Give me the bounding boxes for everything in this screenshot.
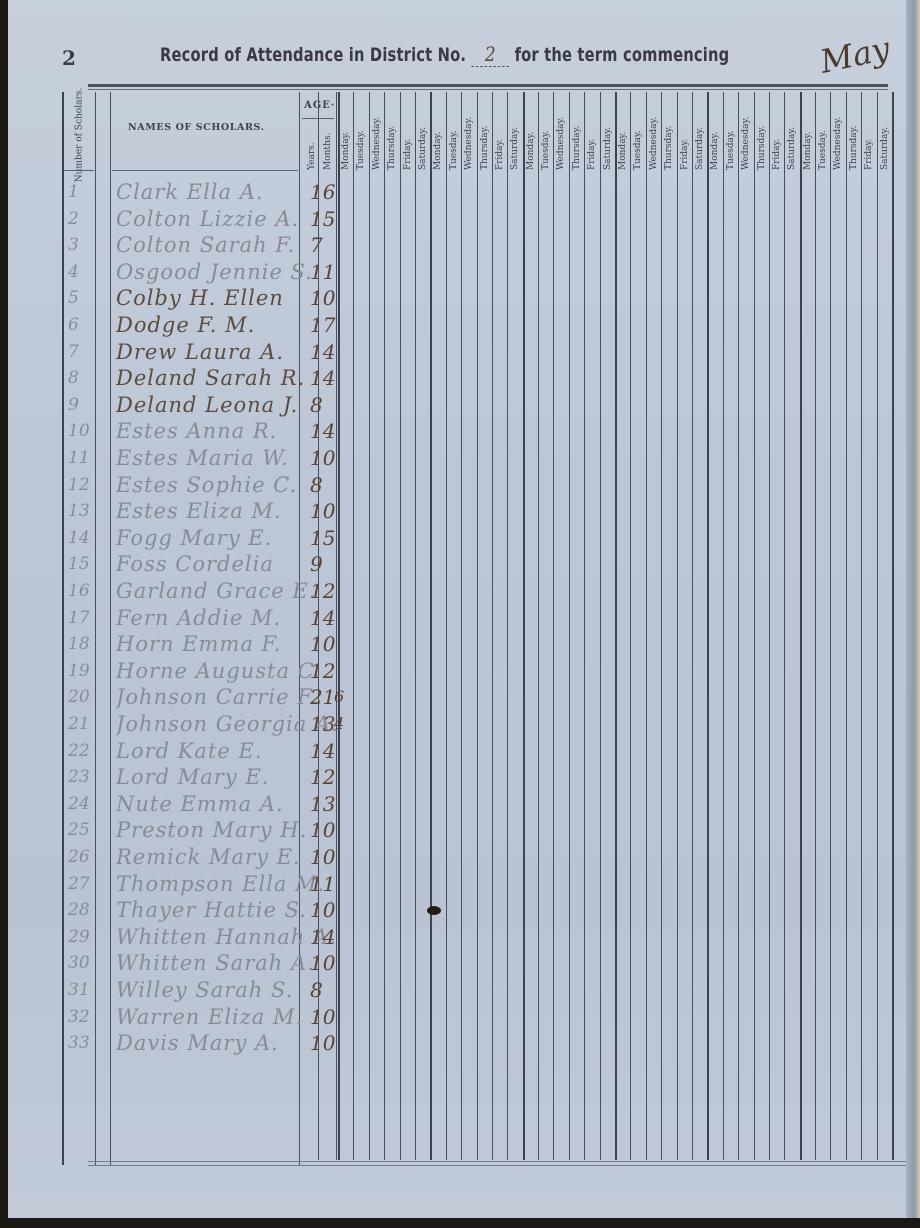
age-years: 10 bbox=[310, 951, 335, 975]
age-months: 4 bbox=[334, 714, 344, 733]
book-binding-edge bbox=[0, 0, 8, 1228]
day-column-divider bbox=[600, 92, 601, 1160]
scholar-number: 14 bbox=[68, 528, 98, 548]
header-day-28-label: Friday. bbox=[772, 139, 782, 170]
table-row: 16Garland Grace E.12 bbox=[62, 579, 342, 605]
scholar-number: 4 bbox=[68, 262, 98, 282]
scholar-number: 26 bbox=[68, 847, 98, 867]
day-column-divider bbox=[815, 92, 816, 1160]
header-day-10-label: Friday. bbox=[495, 139, 505, 170]
day-column-divider bbox=[892, 92, 894, 1160]
table-row: 10Estes Anna R.14 bbox=[62, 419, 342, 445]
age-years: 16 bbox=[310, 180, 335, 204]
header-day-22-label: Friday. bbox=[680, 139, 690, 170]
scholar-number: 32 bbox=[68, 1007, 98, 1027]
ink-blot bbox=[427, 906, 441, 915]
header-day-35-label: Saturday. bbox=[880, 127, 890, 170]
table-row: 13Estes Eliza M.10 bbox=[62, 499, 342, 525]
page-number: 2 bbox=[62, 46, 76, 70]
header-day-15-label: Thursday. bbox=[572, 126, 582, 170]
header-day-7-label: Tuesday. bbox=[449, 130, 459, 170]
day-column-divider bbox=[461, 92, 462, 1160]
scholar-name: Willey Sarah S. bbox=[116, 978, 364, 1002]
scholar-number: 22 bbox=[68, 741, 98, 761]
scholar-number: 5 bbox=[68, 288, 98, 308]
header-day-18-label: Monday. bbox=[618, 132, 628, 170]
table-row: 24Nute Emma A.13 bbox=[62, 792, 342, 818]
age-years: 15 bbox=[310, 207, 335, 231]
age-years: 8 bbox=[310, 473, 323, 497]
scholar-number: 30 bbox=[68, 953, 98, 973]
page-fold-edge bbox=[906, 0, 920, 1228]
table-row: 8Deland Sarah R.14 bbox=[62, 366, 342, 392]
age-years: 10 bbox=[310, 286, 335, 310]
age-years: 12 bbox=[310, 659, 335, 683]
day-column-divider bbox=[523, 92, 525, 1160]
table-row: 19Horne Augusta C.12 bbox=[62, 659, 342, 685]
table-row: 12Estes Sophie C.8 bbox=[62, 473, 342, 499]
day-column-divider bbox=[507, 92, 508, 1160]
table-row: 32Warren Eliza M.10 bbox=[62, 1005, 342, 1031]
scholar-number: 7 bbox=[68, 342, 98, 362]
age-years: 14 bbox=[310, 340, 335, 364]
table-row: 5Colby H. Ellen10 bbox=[62, 286, 342, 312]
header-months-label: Months. bbox=[323, 133, 333, 170]
table-row: 31Willey Sarah S.8 bbox=[62, 978, 342, 1004]
age-years: 13 bbox=[310, 712, 335, 736]
header-day-6-label: Monday. bbox=[433, 132, 443, 170]
table-row: 11Estes Maria W.10 bbox=[62, 446, 342, 472]
header-day-16-label: Friday. bbox=[587, 139, 597, 170]
header-day-34-label: Friday. bbox=[864, 139, 874, 170]
header-rule bbox=[88, 84, 888, 87]
age-years: 17 bbox=[310, 313, 335, 337]
age-years: 14 bbox=[310, 419, 335, 443]
title-suffix: for the term commencing bbox=[515, 44, 730, 66]
header-day-23-label: Saturday. bbox=[695, 127, 705, 170]
header-day-3-label: Thursday. bbox=[387, 126, 397, 170]
day-column-divider bbox=[615, 92, 617, 1160]
table-row: 30Whitten Sarah A.10 bbox=[62, 951, 342, 977]
age-years: 10 bbox=[310, 632, 335, 656]
scholar-number: 17 bbox=[68, 608, 98, 628]
age-years: 11 bbox=[310, 872, 335, 896]
header-day-24-label: Monday. bbox=[710, 132, 720, 170]
scholar-number: 20 bbox=[68, 687, 98, 707]
day-column-divider bbox=[538, 92, 539, 1160]
header-day-2-label: Wednesday. bbox=[372, 117, 382, 170]
age-years: 14 bbox=[310, 606, 335, 630]
scholar-number: 3 bbox=[68, 235, 98, 255]
day-column-divider bbox=[369, 92, 370, 1160]
scholar-number: 13 bbox=[68, 501, 98, 521]
day-column-divider bbox=[477, 92, 478, 1160]
age-years: 10 bbox=[310, 845, 335, 869]
term-month: May bbox=[817, 29, 893, 81]
table-row: 25Preston Mary H.10 bbox=[62, 818, 342, 844]
day-column-divider bbox=[677, 92, 678, 1160]
scholar-number: 21 bbox=[68, 714, 98, 734]
table-row: 9Deland Leona J.8 bbox=[62, 393, 342, 419]
header-day-17-label: Saturday. bbox=[603, 127, 613, 170]
day-column-divider bbox=[553, 92, 554, 1160]
table-row: 26Remick Mary E.10 bbox=[62, 845, 342, 871]
header-day-25-label: Tuesday. bbox=[726, 130, 736, 170]
age-years: 9 bbox=[310, 552, 323, 576]
table-row: 18Horn Emma F.10 bbox=[62, 632, 342, 658]
scholar-name: Estes Sophie C. bbox=[116, 473, 364, 497]
scholar-number: 12 bbox=[68, 475, 98, 495]
day-column-divider bbox=[584, 92, 585, 1160]
age-years: 12 bbox=[310, 579, 335, 603]
scholar-name: Deland Leona J. bbox=[116, 393, 364, 417]
header-day-30-label: Monday. bbox=[803, 132, 813, 170]
day-column-divider bbox=[830, 92, 831, 1160]
book-bottom-edge bbox=[0, 1218, 920, 1228]
header-day-0-label: Monday. bbox=[341, 132, 351, 170]
title-prefix: Record of Attendance in District No. bbox=[160, 44, 466, 66]
header-day-4-label: Friday. bbox=[403, 139, 413, 170]
age-subrule bbox=[302, 118, 334, 119]
table-row: 22Lord Kate E.14 bbox=[62, 739, 342, 765]
day-column-divider bbox=[738, 92, 739, 1160]
day-column-divider bbox=[861, 92, 862, 1160]
age-years: 11 bbox=[310, 260, 335, 284]
scholar-name: Foss Cordelia bbox=[116, 552, 364, 576]
table-row: 20Johnson Carrie F.216 bbox=[62, 685, 342, 711]
day-column-divider bbox=[630, 92, 631, 1160]
scholar-number: 10 bbox=[68, 421, 98, 441]
day-column-divider bbox=[569, 92, 570, 1160]
scholar-number: 28 bbox=[68, 900, 98, 920]
table-row: 3Colton Sarah F.7 bbox=[62, 233, 342, 259]
age-years: 14 bbox=[310, 739, 335, 763]
footer-rule-thin bbox=[88, 1165, 908, 1166]
scholar-number: 33 bbox=[68, 1033, 98, 1053]
scholar-number: 23 bbox=[68, 767, 98, 787]
age-years: 14 bbox=[310, 925, 335, 949]
age-years: 8 bbox=[310, 978, 323, 1002]
age-years: 10 bbox=[310, 818, 335, 842]
day-column-divider bbox=[723, 92, 724, 1160]
table-row: 14Fogg Mary E.15 bbox=[62, 526, 342, 552]
scholar-name: Colton Sarah F. bbox=[116, 233, 364, 257]
header-day-9-label: Thursday. bbox=[480, 126, 490, 170]
day-column-divider bbox=[415, 92, 416, 1160]
header-day-31-label: Tuesday. bbox=[818, 130, 828, 170]
header-day-33-label: Thursday. bbox=[849, 126, 859, 170]
age-years: 10 bbox=[310, 446, 335, 470]
age-years: 7 bbox=[310, 233, 323, 257]
day-column-divider bbox=[661, 92, 662, 1160]
table-row: 2Colton Lizzie A.15 bbox=[62, 207, 342, 233]
header-day-11-label: Saturday. bbox=[510, 127, 520, 170]
day-column-divider bbox=[707, 92, 709, 1160]
day-column-divider bbox=[646, 92, 647, 1160]
age-years: 10 bbox=[310, 1031, 335, 1055]
header-day-12-label: Monday. bbox=[526, 132, 536, 170]
header-day-1-label: Tuesday. bbox=[356, 130, 366, 170]
header-day-27-label: Thursday. bbox=[757, 126, 767, 170]
header-day-20-label: Wednesday. bbox=[649, 117, 659, 170]
header-day-26-label: Wednesday. bbox=[741, 117, 751, 170]
table-row: 1Clark Ella A.16 bbox=[62, 180, 342, 206]
age-years: 12 bbox=[310, 765, 335, 789]
header-bottom-rule-num bbox=[64, 170, 94, 171]
day-column-divider bbox=[754, 92, 755, 1160]
header-day-13-label: Tuesday. bbox=[541, 130, 551, 170]
table-row: 15Foss Cordelia9 bbox=[62, 552, 342, 578]
age-years: 14 bbox=[310, 366, 335, 390]
header-day-32-label: Wednesday. bbox=[833, 117, 843, 170]
header-years-label: Years. bbox=[307, 142, 317, 170]
age-years: 10 bbox=[310, 1005, 335, 1029]
age-years: 8 bbox=[310, 393, 323, 417]
district-number: 2 bbox=[471, 42, 509, 67]
header-day-29-label: Saturday. bbox=[787, 127, 797, 170]
age-years: 10 bbox=[310, 898, 335, 922]
table-row: 21Johnson Georgia A.134 bbox=[62, 712, 342, 738]
footer-rule bbox=[88, 1161, 908, 1162]
scholar-number: 15 bbox=[68, 554, 98, 574]
scholar-number: 2 bbox=[68, 209, 98, 229]
header-day-5-label: Saturday. bbox=[418, 127, 428, 170]
scholar-number: 25 bbox=[68, 820, 98, 840]
table-row: 23Lord Mary E.12 bbox=[62, 765, 342, 791]
header-age: AGE· bbox=[304, 100, 335, 111]
header-day-19-label: Tuesday. bbox=[633, 130, 643, 170]
header-number-of-scholars: Number of Scholars. bbox=[62, 100, 96, 170]
table-row: 7Drew Laura A.14 bbox=[62, 340, 342, 366]
scholar-number: 29 bbox=[68, 927, 98, 947]
day-column-divider bbox=[430, 92, 432, 1160]
scholar-number: 8 bbox=[68, 368, 98, 388]
header-day-8-label: Wednesday. bbox=[464, 117, 474, 170]
table-row: 33Davis Mary A.10 bbox=[62, 1031, 342, 1057]
header-names-of-scholars: NAMES OF SCHOLARS. bbox=[128, 122, 265, 133]
register-page: 2Record of Attendance in District No. 2 … bbox=[8, 0, 914, 1218]
header-day-21-label: Thursday. bbox=[664, 126, 674, 170]
age-years: 21 bbox=[310, 685, 335, 709]
table-row: 29Whitten Hannah A.14 bbox=[62, 925, 342, 951]
header-bottom-rule-names bbox=[112, 170, 298, 171]
scholar-number: 11 bbox=[68, 448, 98, 468]
scholar-number: 19 bbox=[68, 661, 98, 681]
scholar-number: 6 bbox=[68, 315, 98, 335]
scholar-number: 16 bbox=[68, 581, 98, 601]
day-column-divider bbox=[384, 92, 385, 1160]
table-row: 6Dodge F. M.17 bbox=[62, 313, 342, 339]
scholar-number: 9 bbox=[68, 395, 98, 415]
day-column-divider bbox=[769, 92, 770, 1160]
day-column-divider bbox=[877, 92, 878, 1160]
day-column-divider bbox=[800, 92, 802, 1160]
table-row: 27Thompson Ella M.11 bbox=[62, 872, 342, 898]
day-column-divider bbox=[784, 92, 785, 1160]
header-rule-thin bbox=[88, 89, 888, 90]
day-column-divider bbox=[846, 92, 847, 1160]
scholar-number: 31 bbox=[68, 980, 98, 1000]
scholar-number: 1 bbox=[68, 182, 98, 202]
scholar-number: 18 bbox=[68, 634, 98, 654]
table-row: 17Fern Addie M.14 bbox=[62, 606, 342, 632]
age-months: 6 bbox=[334, 687, 344, 706]
scholar-number: 24 bbox=[68, 794, 98, 814]
age-years: 13 bbox=[310, 792, 335, 816]
age-years: 15 bbox=[310, 526, 335, 550]
day-column-divider bbox=[400, 92, 401, 1160]
age-years: 10 bbox=[310, 499, 335, 523]
day-column-divider bbox=[446, 92, 447, 1160]
day-column-divider bbox=[492, 92, 493, 1160]
table-row: 4Osgood Jennie S.11 bbox=[62, 260, 342, 286]
scholar-number: 27 bbox=[68, 874, 98, 894]
table-row: 28Thayer Hattie S.10 bbox=[62, 898, 342, 924]
header-number-label: Number of Scholars. bbox=[74, 88, 84, 183]
page-title: Record of Attendance in District No. 2 f… bbox=[160, 42, 729, 67]
header-day-14-label: Wednesday. bbox=[556, 117, 566, 170]
day-column-divider bbox=[692, 92, 693, 1160]
